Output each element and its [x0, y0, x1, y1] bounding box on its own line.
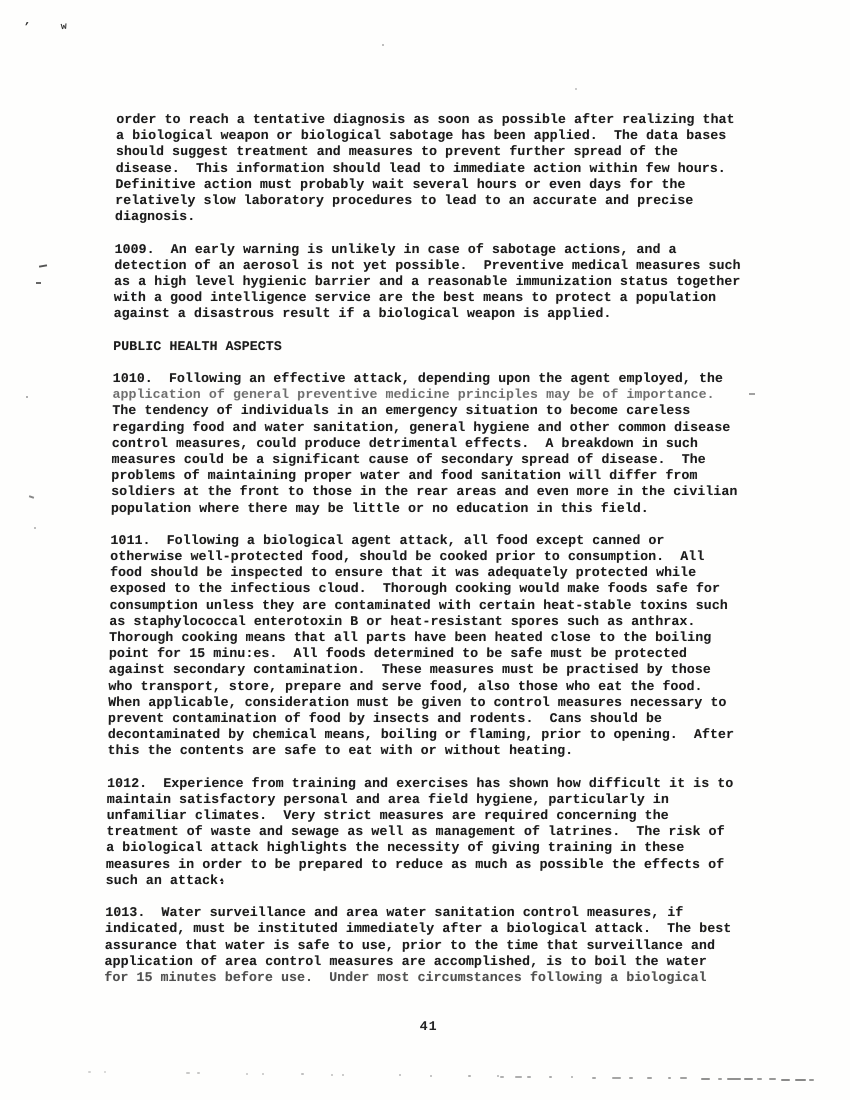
text-line: otherwise well-protected food, should be… — [110, 549, 842, 565]
document-body: 41 order to reach a tentative diagnosis … — [0, 0, 850, 1100]
text-line: who transport, store, prepare and serve … — [108, 679, 840, 695]
text-line: 1011. Following a biological agent attac… — [110, 533, 842, 549]
text-line: The tendency of individuals in an emerge… — [112, 403, 844, 419]
scan-artifact-dot — [26, 396, 28, 398]
scan-artifact-dot — [34, 527, 36, 529]
text-line: indicated, must be instituted immediatel… — [105, 921, 837, 937]
text-line: treatment of waste and sewage as well as… — [106, 824, 838, 840]
text-line: 1010. Following an effective attack, dep… — [113, 371, 845, 387]
para-1009: 1009. An early warning is unlikely in ca… — [113, 242, 846, 323]
para-1013: 1013. Water surveillance and area water … — [104, 905, 837, 986]
scanned-document-page: 41 order to reach a tentative diagnosis … — [0, 0, 850, 1100]
text-line: problems of maintaining proper water and… — [111, 468, 843, 484]
page-number: 41 — [420, 1019, 438, 1035]
text-line: this the contents are safe to eat with o… — [107, 743, 839, 759]
text-line: point for 15 minu:es. All foods determin… — [109, 646, 841, 662]
text-line: disease. This information should lead to… — [116, 161, 848, 177]
text-line: 1012. Experience from training and exerc… — [107, 776, 839, 792]
para-1011: 1011. Following a biological agent attac… — [107, 533, 842, 760]
text-line: maintain satisfactory personal and area … — [107, 792, 839, 808]
section-heading: PUBLIC HEALTH ASPECTS — [113, 339, 845, 355]
scan-artifact-dot — [575, 88, 577, 90]
para-1012: 1012. Experience from training and exerc… — [106, 776, 840, 889]
text-line: soldiers at the front to those in the re… — [111, 484, 843, 500]
text-line: application of general preventive medici… — [112, 387, 844, 403]
text-line: Definitive action must probably wait sev… — [115, 177, 847, 193]
text-line: prevent contamination of food by insects… — [108, 711, 840, 727]
text-line: exposed to the infectious cloud. Thoroug… — [110, 581, 842, 597]
text-line: When applicable, consideration must be g… — [108, 695, 840, 711]
text-line: diagnosis. — [115, 209, 847, 225]
text-line: should suggest treatment and measures to… — [116, 144, 848, 160]
text-line: with a good intelligence service are the… — [114, 290, 846, 306]
pen-mark-check: w — [60, 22, 67, 34]
text-line: 1013. Water surveillance and area water … — [105, 905, 837, 921]
text-line: measures in order to be prepared to redu… — [106, 857, 838, 873]
heading-public-health-aspects: PUBLIC HEALTH ASPECTS — [113, 339, 845, 355]
text-line: population where there may be little or … — [111, 501, 843, 517]
text-line: unfamiliar climates. Very strict measure… — [106, 808, 838, 824]
text-line: against secondary contamination. These m… — [109, 662, 841, 678]
text-line: measures could be a significant cause of… — [111, 452, 843, 468]
text-line: such an attack. — [106, 873, 838, 889]
text-line: against a disastrous result if a biologi… — [113, 306, 845, 322]
text-line: a biological attack highlights the neces… — [106, 840, 838, 856]
scan-artifact-dot — [382, 44, 384, 46]
para-continuation: order to reach a tentative diagnosis as … — [115, 112, 849, 225]
text-line: as a high level hygienic barrier and a r… — [114, 274, 846, 290]
text-line: 1009. An early warning is unlikely in ca… — [114, 242, 846, 258]
text-line: detection of an aerosol is not yet possi… — [114, 258, 846, 274]
para-1010: 1010. Following an effective attack, dep… — [111, 371, 845, 517]
text-line: a biological weapon or biological sabota… — [116, 128, 848, 144]
text-line: for 15 minutes before use. Under most ci… — [104, 970, 836, 986]
text-line: order to reach a tentative diagnosis as … — [116, 112, 848, 128]
text-line: consumption unless they are contaminated… — [109, 598, 841, 614]
text-line: food should be inspected to ensure that … — [110, 565, 842, 581]
text-line: as staphylococcal enterotoxin B or heat-… — [109, 614, 841, 630]
text-line: assurance that water is safe to use, pri… — [105, 938, 837, 954]
text-line: decontaminated by chemical means, boilin… — [108, 727, 840, 743]
text-line: Thorough cooking means that all parts ha… — [109, 630, 841, 646]
text-line: control measures, could produce detrimen… — [112, 436, 844, 452]
scan-artifact-dash — [36, 282, 41, 284]
text-line: application of area control measures are… — [104, 954, 836, 970]
scan-artifact-dash — [749, 393, 755, 395]
text-line: relatively slow laboratory procedures to… — [115, 193, 847, 209]
text-line: regarding food and water sanitation, gen… — [112, 420, 844, 436]
